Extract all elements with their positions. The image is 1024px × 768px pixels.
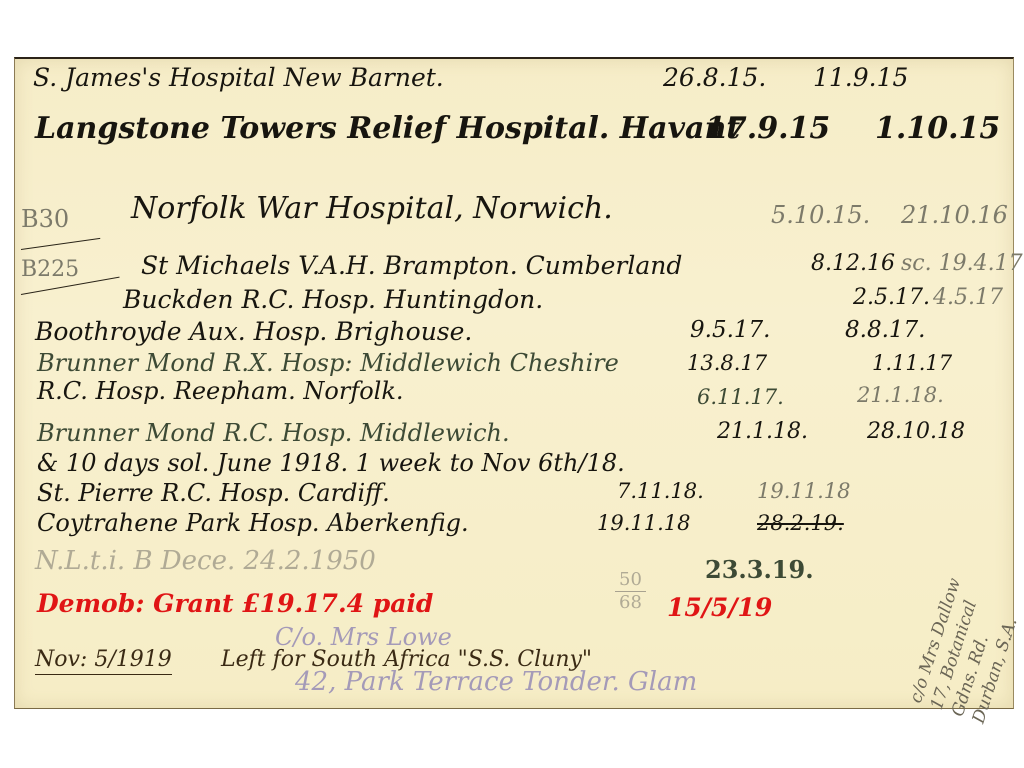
pencil-note-text: N.L.t.i. B Dece. 24.2.1950: [35, 546, 376, 576]
entry-4-ref: B225: [21, 257, 79, 282]
entry-7-hospital: Brunner Mond R.X. Hosp: Middlewich Chesh…: [37, 349, 619, 377]
entry-6-to: 8.8.17.: [845, 317, 925, 343]
entry-11-hospital: St. Pierre R.C. Hosp. Cardiff.: [37, 479, 390, 507]
entry-8-hospital: R.C. Hosp. Reepham. Norfolk.: [37, 377, 404, 405]
entry-8-to: 21.1.18.: [857, 383, 944, 407]
entry-11-to: 19.11.18: [757, 479, 851, 503]
entry-6-from: 9.5.17.: [690, 317, 770, 343]
entry-7-to: 1.11.17: [872, 351, 952, 375]
entry-4-to: sc. 19.4.17: [901, 251, 1023, 276]
entry-10-note: & 10 days sol. June 1918. 1 week to Nov …: [37, 449, 625, 477]
fraction-top: 50: [615, 569, 646, 592]
entry-12-to-struck: 28.2.19.: [757, 511, 844, 535]
entry-2-to: 1.10.15: [875, 111, 1000, 146]
entry-4-from: 8.12.16: [811, 251, 895, 276]
entry-9-from: 21.1.18.: [717, 419, 808, 444]
entry-3-to: 21.10.16: [901, 201, 1008, 229]
pencil-note: N.L.t.i. B Dece. 24.2.1950: [35, 546, 376, 576]
entry-6-hospital: Boothroyde Aux. Hosp. Brighouse.: [35, 317, 472, 346]
entry-8-from: 6.11.17.: [697, 385, 784, 409]
entry-12-hospital: Coytrahene Park Hosp. Aberkenfig.: [37, 509, 469, 537]
side-address: c/o Mrs Dallow 17, Botanical Gdns. Rd. D…: [905, 575, 1024, 726]
entry-3-ref: B30: [21, 205, 69, 233]
departure-date: Nov: 5/1919: [35, 647, 172, 675]
demob-date: 15/5/19: [667, 593, 772, 622]
departure-text: Left for South Africa "S.S. Cluny": [221, 647, 592, 672]
entry-12-correction: 23.3.19.: [705, 555, 814, 584]
entry-1-to: 11.9.15: [813, 63, 908, 92]
entry-5-hospital: Buckden R.C. Hosp. Huntingdon.: [123, 285, 543, 314]
fraction-bottom: 68: [615, 592, 646, 614]
entry-1-from: 26.8.15.: [663, 63, 766, 92]
demob-text: Demob: Grant £19.17.4 paid: [37, 589, 433, 618]
entry-4-hospital: St Michaels V.A.H. Brampton. Cumberland: [141, 251, 682, 280]
entry-3-hospital: Norfolk War Hospital, Norwich.: [131, 191, 613, 226]
entry-2-from: 17.9.15: [705, 111, 830, 146]
entry-9-hospital: Brunner Mond R.C. Hosp. Middlewich.: [37, 419, 510, 447]
entry-9-to: 28.10.18: [867, 419, 965, 444]
record-card: S. James's Hospital New Barnet. 26.8.15.…: [14, 57, 1014, 709]
entry-1-hospital: S. James's Hospital New Barnet.: [33, 63, 444, 92]
entry-12-from: 19.11.18: [597, 511, 691, 535]
entry-2-hospital: Langstone Towers Relief Hospital. Havant: [35, 111, 740, 146]
entry-5-to: 4.5.17: [933, 285, 1003, 310]
entry-3-from: 5.10.15.: [771, 201, 870, 229]
ref-underline: [21, 238, 100, 250]
entry-11-from: 7.11.18.: [617, 479, 704, 503]
entry-5-from: 2.5.17.: [853, 285, 930, 310]
entry-12-to-corrected: 23.3.19.: [705, 555, 814, 584]
entry-7-from: 13.8.17: [687, 351, 767, 375]
pencil-fraction: 50 68: [615, 569, 646, 614]
